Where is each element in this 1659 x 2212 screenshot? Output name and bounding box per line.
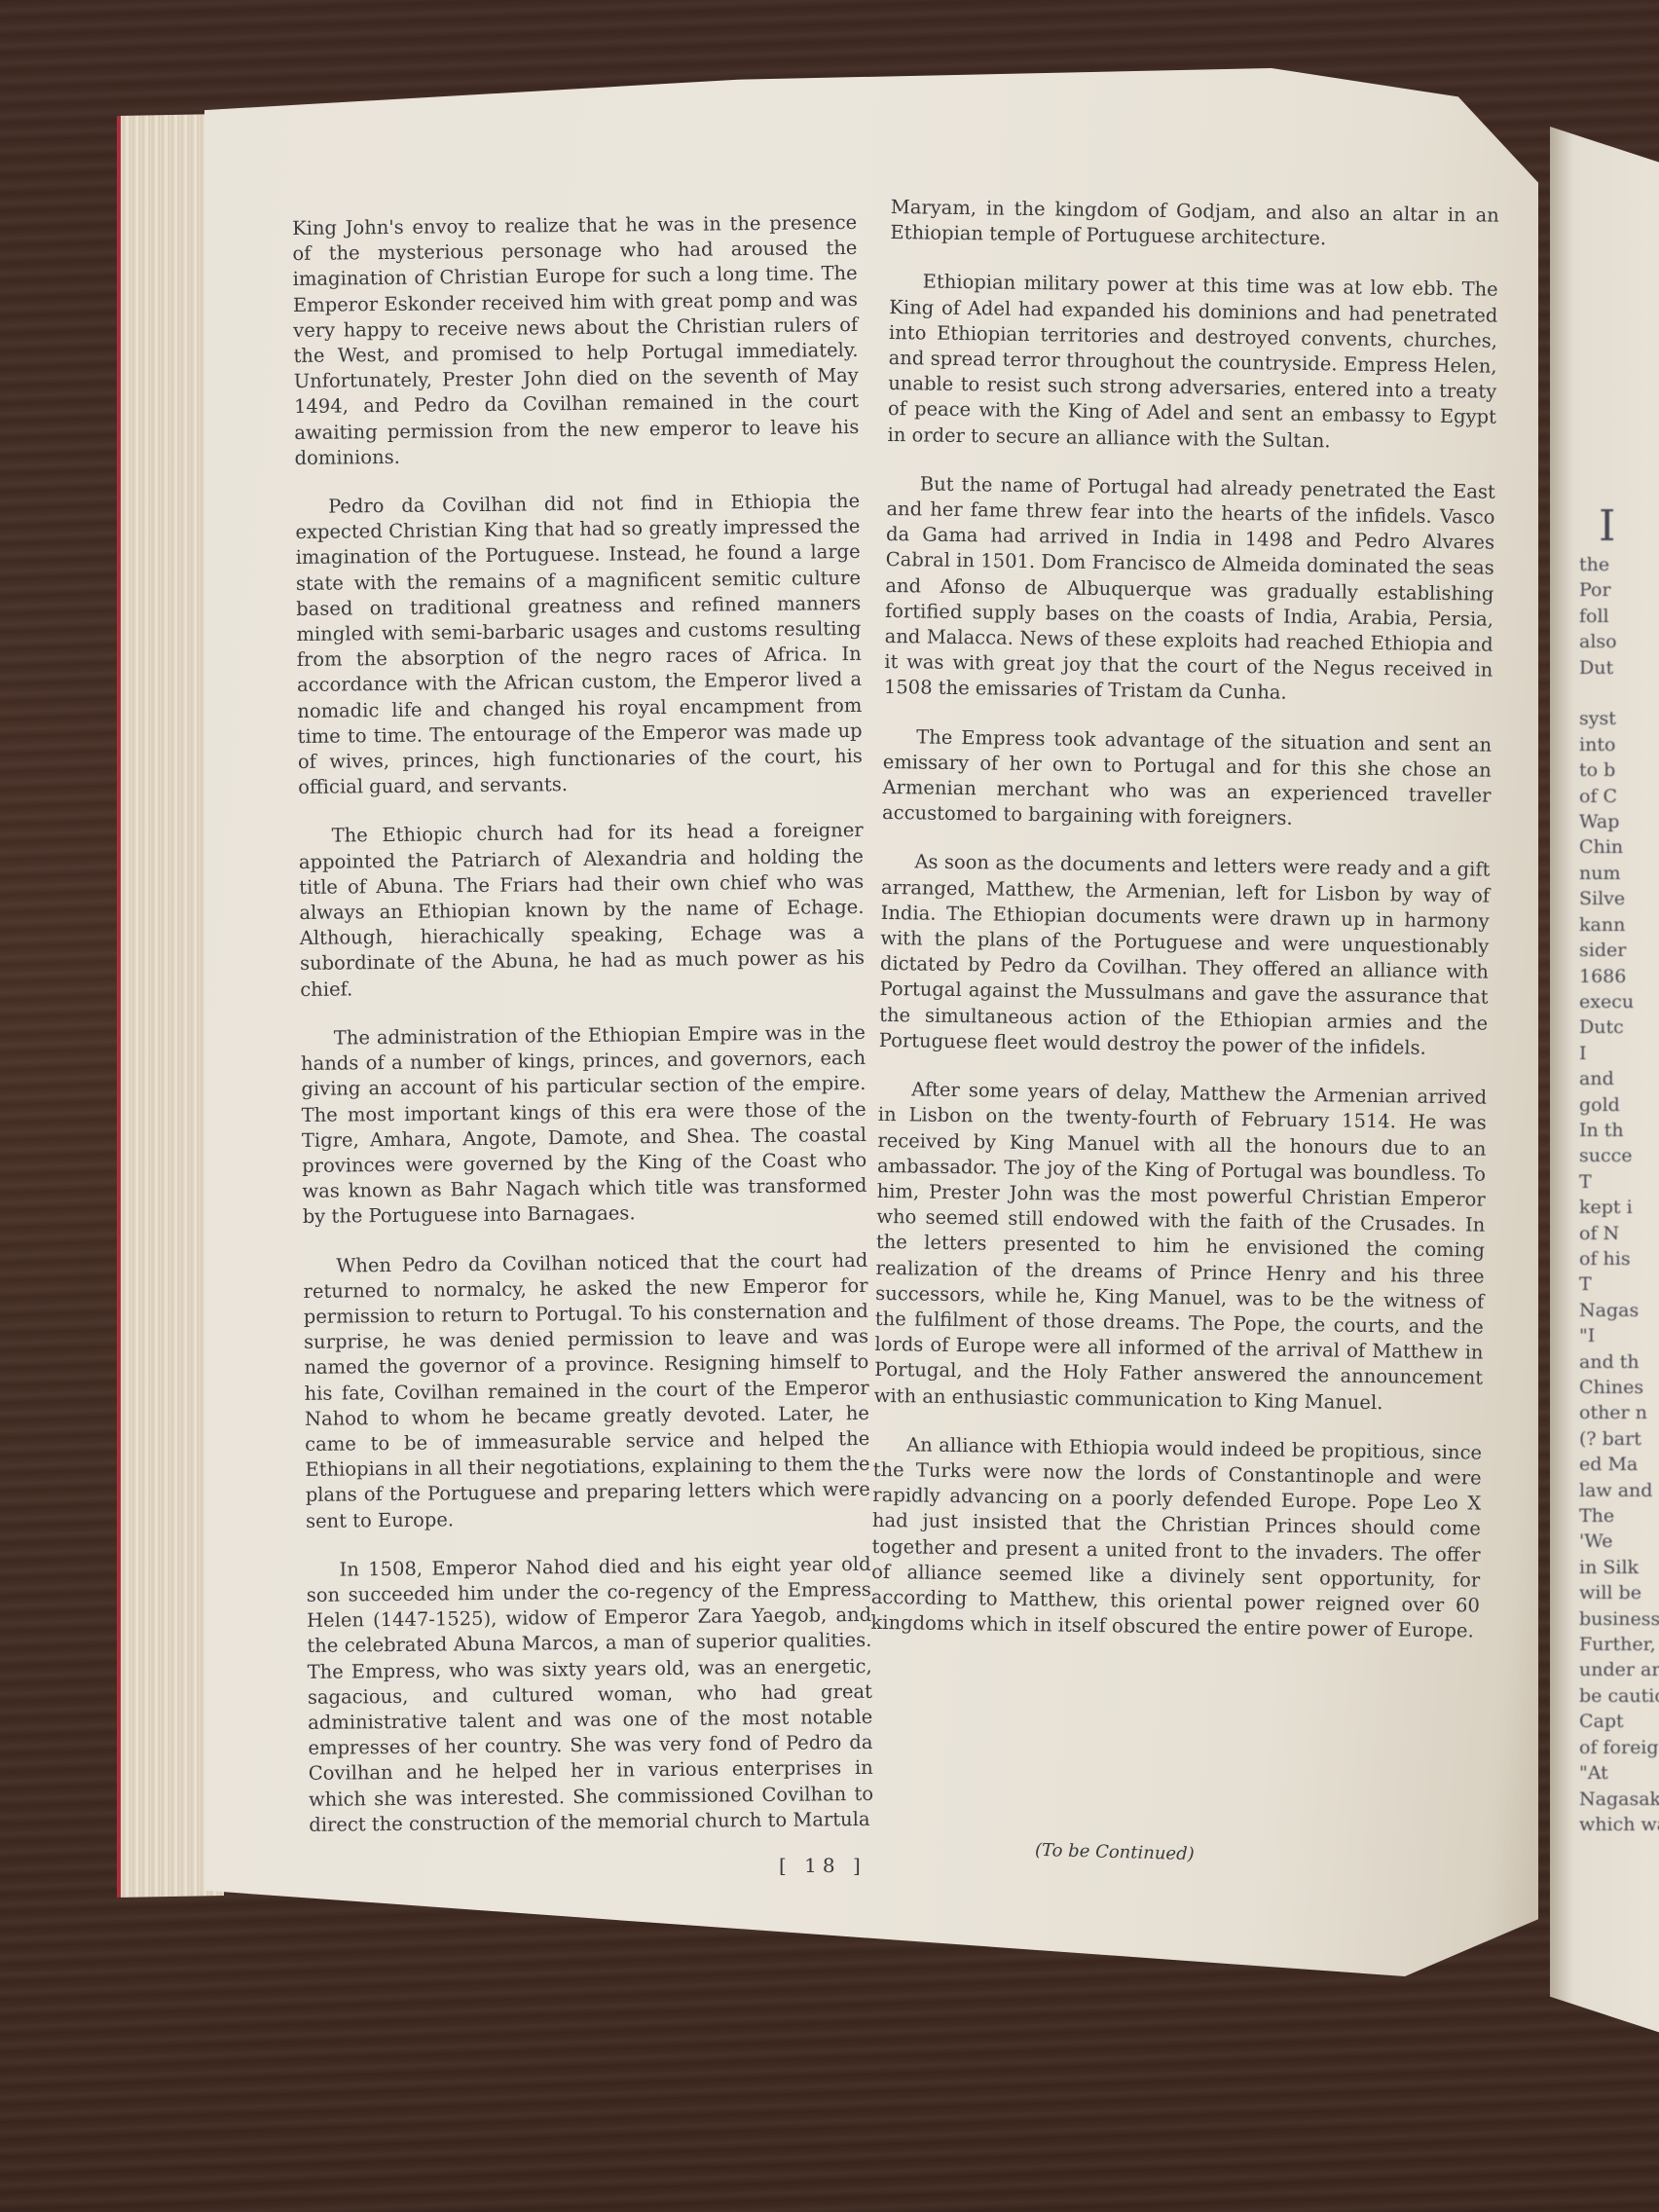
fragment-line: Por — [1579, 577, 1659, 603]
fragment-line: sider — [1579, 938, 1659, 963]
fragment-line: also — [1579, 629, 1659, 654]
fragment-line: Silve — [1579, 886, 1659, 911]
paragraph: But the name of Portugal had already pen… — [884, 471, 1495, 710]
paragraph: Ethiopian military power at this time wa… — [887, 269, 1498, 456]
fragment-line: the — [1579, 552, 1659, 577]
fragment-line: law and — [1579, 1478, 1659, 1503]
fragment-line: In th — [1579, 1118, 1659, 1143]
paragraph: King John's envoy to realize that he was… — [292, 210, 860, 471]
fragment-line: and th — [1579, 1349, 1659, 1375]
paragraph: An alliance with Ethiopia would indeed b… — [870, 1432, 1482, 1644]
continued-note: (To be Continued) — [1035, 1840, 1195, 1864]
page-number: [ 18 ] — [779, 1854, 866, 1877]
fragment-line: of his — [1579, 1246, 1659, 1272]
fragment-line: syst — [1579, 706, 1659, 731]
fragment-line: T — [1579, 1272, 1659, 1297]
fragment-line: The — [1579, 1503, 1659, 1529]
fragment-line: business — [1579, 1606, 1659, 1632]
fragment-line: in Silk — [1579, 1555, 1659, 1580]
paragraph: The administration of the Ethiopian Empi… — [301, 1020, 867, 1231]
fragment-line: will be — [1579, 1580, 1659, 1605]
fragment-line: Dutc — [1579, 1014, 1659, 1040]
fragment-line: (? bart — [1579, 1426, 1659, 1452]
fragment-line: which wa — [1579, 1812, 1659, 1837]
fragment-line: "I — [1579, 1323, 1659, 1348]
fragment-line: Capt — [1579, 1709, 1659, 1734]
fragment-line: of C — [1579, 784, 1659, 809]
fragment-line: "At — [1579, 1760, 1659, 1786]
fragment-line: and — [1579, 1066, 1659, 1091]
paragraph: Maryam, in the kingdom of Godjam, and al… — [890, 195, 1499, 254]
fragment-line: to b — [1579, 757, 1659, 783]
fragment-line: Chines — [1579, 1375, 1659, 1400]
fragment-line: be cautio — [1579, 1683, 1659, 1709]
fragment-line: under ar — [1579, 1657, 1659, 1682]
fragment-line: num — [1579, 861, 1659, 886]
fragment-line: Nagas — [1579, 1298, 1659, 1323]
paragraph: The Empress took advantage of the situat… — [882, 724, 1492, 835]
fragment-line — [1579, 681, 1659, 706]
fragment-line: of N — [1579, 1221, 1659, 1246]
fragment-line: Dut — [1579, 655, 1659, 681]
fragment-line: foll — [1579, 604, 1659, 629]
fragment-lines: thePorfollalsoDut systintoto bof CWapChi… — [1579, 552, 1659, 1837]
left-text-column: King John's envoy to realize that he was… — [292, 210, 874, 1862]
fragment-line: ed Ma — [1579, 1452, 1659, 1477]
facing-page-text-fragment: I thePorfollalsoDut systintoto bof CWapC… — [1579, 501, 1659, 1837]
fragment-line: of foreig — [1579, 1735, 1659, 1760]
fragment-line: Wap — [1579, 809, 1659, 834]
fragment-line: Nagasaki — [1579, 1787, 1659, 1812]
fragment-line: T — [1579, 1169, 1659, 1195]
paragraph: When Pedro da Covilhan noticed that the … — [303, 1247, 870, 1533]
fragment-line: succe — [1579, 1143, 1659, 1168]
right-text-column: Maryam, in the kingdom of Godjam, and al… — [870, 195, 1499, 1668]
fragment-line: 'We — [1579, 1529, 1659, 1554]
fragment-line: gold — [1579, 1092, 1659, 1118]
fragment-line: Further, — [1579, 1632, 1659, 1657]
paragraph: After some years of delay, Matthew the A… — [874, 1077, 1488, 1417]
fragment-line: 1686 — [1579, 964, 1659, 989]
fragment-line: I — [1579, 1041, 1659, 1066]
paragraph: The Ethiopic church had for its head a f… — [299, 818, 866, 1002]
paragraph: As soon as the documents and letters wer… — [879, 849, 1491, 1061]
fragment-line: into — [1579, 732, 1659, 757]
fragment-line: execu — [1579, 989, 1659, 1014]
paragraph: In 1508, Emperor Nahod died and his eigh… — [306, 1552, 873, 1838]
fragment-line: kept i — [1579, 1195, 1659, 1220]
fragment-line: kann — [1579, 912, 1659, 938]
fragment-line: Chin — [1579, 834, 1659, 860]
fragment-line: other n — [1579, 1400, 1659, 1425]
paragraph: Pedro da Covilhan did not find in Ethiop… — [295, 489, 863, 800]
drop-cap: I — [1599, 501, 1659, 552]
